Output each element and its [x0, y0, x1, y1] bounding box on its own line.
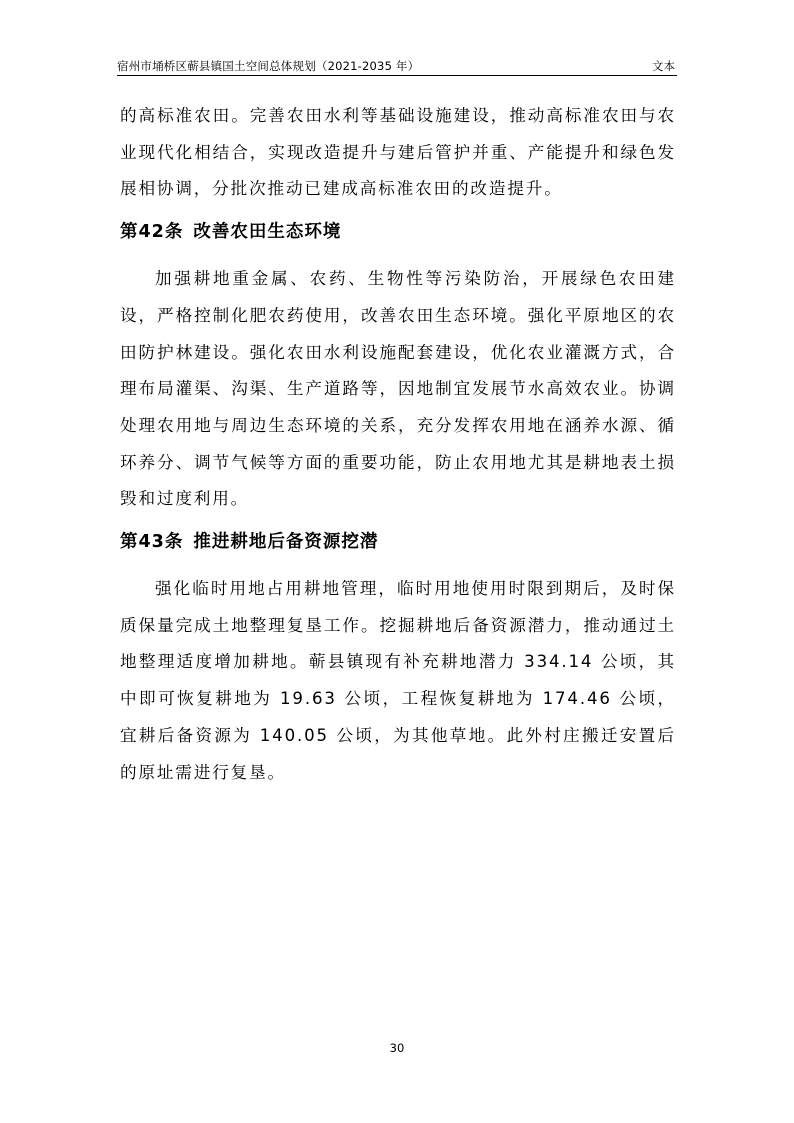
- document-type-label: 文本: [652, 59, 677, 73]
- article-42-heading: 第42条改善农田生态环境: [120, 220, 676, 244]
- article-title: 推进耕地后备资源挖潜: [193, 532, 378, 552]
- article-number: 第43条: [120, 532, 183, 552]
- article-title: 改善农田生态环境: [193, 222, 341, 242]
- continued-paragraph: 的高标准农田。完善农田水利等基础设施建设，推动高标准农田与农业现代化相结合，实现…: [120, 98, 676, 208]
- article-43-heading: 第43条推进耕地后备资源挖潜: [120, 530, 676, 554]
- page-content: 的高标准农田。完善农田水利等基础设施建设，推动高标准农田与农业现代化相结合，实现…: [120, 98, 676, 791]
- article-number: 第42条: [120, 222, 183, 242]
- page-header: 宿州市埇桥区蕲县镇国土空间总体规划（2021-2035 年） 文本: [117, 55, 677, 76]
- page-number: 30: [0, 1041, 794, 1055]
- document-title: 宿州市埇桥区蕲县镇国土空间总体规划（2021-2035 年）: [117, 59, 419, 73]
- article-43-paragraph: 强化临时用地占用耕地管理，临时用地使用时限到期后，及时保质保量完成土地整理复垦工…: [120, 571, 676, 791]
- article-42-paragraph: 加强耕地重金属、农药、生物性等污染防治，开展绿色农田建设，严格控制化肥农药使用，…: [120, 261, 676, 518]
